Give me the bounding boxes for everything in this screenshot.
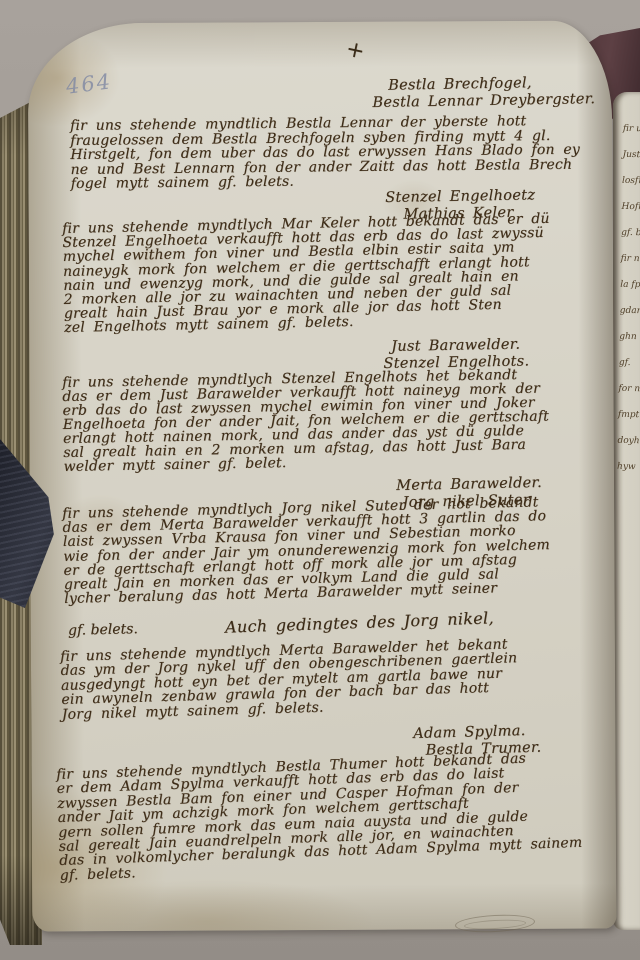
entry-paragraph: fir uns stehende myndtlych Mar Keler hot… bbox=[62, 212, 552, 336]
manuscript-photo: fir uJustlosfnHofmgf. brfir nla fpgdargh… bbox=[0, 0, 640, 960]
text-line: ghn bbox=[619, 324, 640, 350]
text-line: Hofm bbox=[621, 194, 640, 220]
text-line: gf. bbox=[619, 350, 640, 376]
entry-paragraph: fir uns stehende myndtlych Bestla Thumer… bbox=[56, 750, 583, 883]
text-line: Just bbox=[622, 142, 640, 168]
text-line: la fp bbox=[620, 272, 640, 298]
text-line: losfn bbox=[622, 168, 640, 194]
text-line: doyh bbox=[617, 428, 639, 454]
text-line: fir n bbox=[620, 246, 640, 272]
next-page-edge: fir uJustlosfnHofmgf. brfir nla fpgdargh… bbox=[613, 92, 640, 930]
entry-paragraph: fir uns stehende myndtlych Merta Barawel… bbox=[60, 637, 519, 722]
text-line: fir u bbox=[623, 116, 640, 142]
text-line: fmpt bbox=[618, 402, 640, 428]
entry-paragraph: fir uns stehende myndtlych Stenzel Engel… bbox=[62, 368, 550, 474]
text-line: gdar bbox=[620, 298, 640, 324]
entry-closing: gf. belets. bbox=[68, 621, 138, 639]
entry-paragraph: fir uns stehende myndtlych Jorg nikel Su… bbox=[62, 495, 551, 606]
text-line: for n bbox=[618, 376, 640, 402]
next-page-text-fragments: fir uJustlosfnHofmgf. brfir nla fpgdargh… bbox=[617, 116, 640, 480]
text-line: gf. br bbox=[621, 220, 640, 246]
text-line: hyw bbox=[617, 454, 639, 480]
entry-heading: Bestla Brechfogel, Bestla Lennar Dreyber… bbox=[372, 74, 595, 112]
entry-paragraph: fir uns stehende myndtlich Bestla Lennar… bbox=[70, 114, 580, 192]
